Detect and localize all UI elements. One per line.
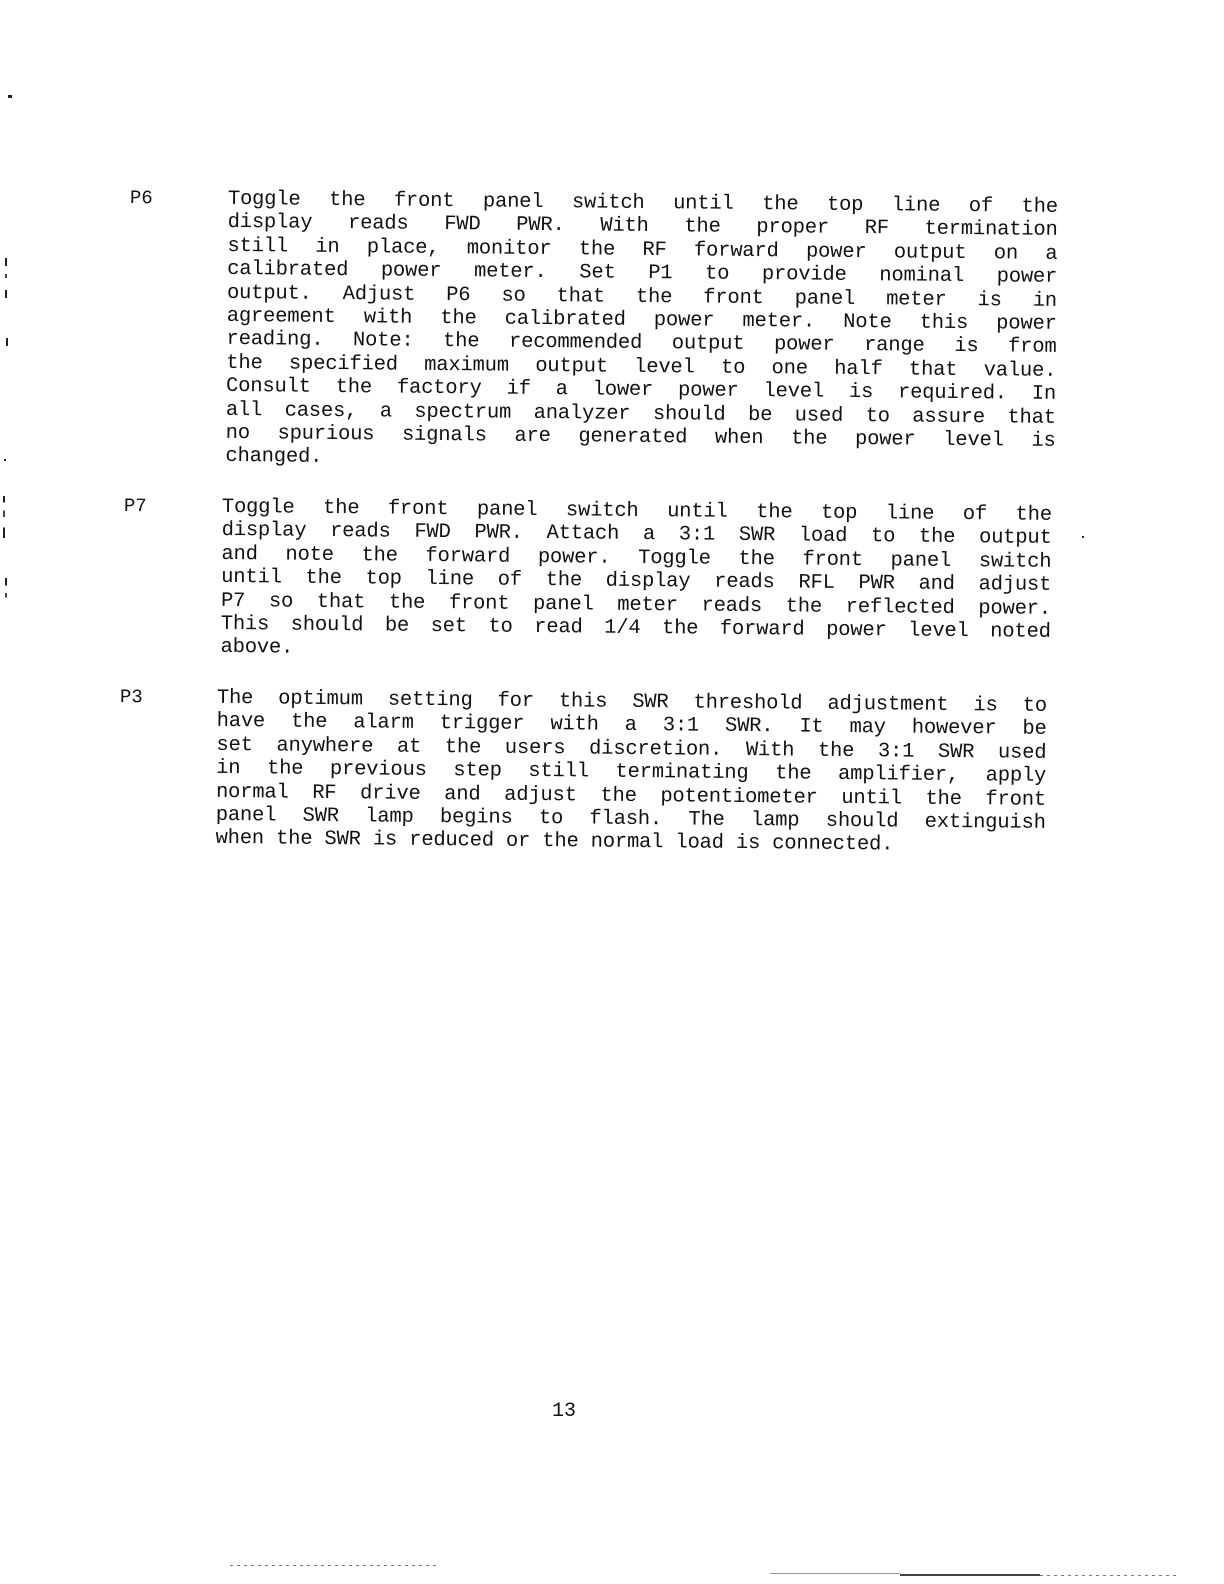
step-label: P3 [120, 686, 143, 709]
scan-line [770, 1573, 900, 1574]
scan-speck [3, 496, 5, 538]
adjustment-step-p7: P7 Toggle the front panel switch until t… [124, 495, 1024, 504]
step-description: Toggle the front panel switch until the … [225, 188, 1058, 477]
scan-speck [8, 95, 12, 98]
adjustment-step-p6: P6 Toggle the front panel switch until t… [130, 187, 1030, 196]
adjustment-step-p3: P3 The optimum setting for this SWR thre… [120, 686, 1020, 695]
step-label: P7 [124, 495, 147, 518]
scan-line [1040, 1575, 1180, 1576]
scan-speck [4, 459, 6, 461]
scan-speck [5, 578, 7, 608]
step-description: The optimum setting for this SWR thresho… [215, 687, 1047, 859]
step-description: Toggle the front panel switch until the … [220, 496, 1052, 668]
scan-line [900, 1574, 1040, 1576]
step-label: P6 [130, 187, 153, 210]
scan-speck [5, 258, 7, 298]
page-number: 13 [552, 1400, 576, 1423]
scan-line [230, 1565, 440, 1566]
document-page: P6 Toggle the front panel switch until t… [0, 0, 1224, 1584]
scan-speck [6, 338, 8, 346]
scan-speck [1082, 536, 1084, 538]
